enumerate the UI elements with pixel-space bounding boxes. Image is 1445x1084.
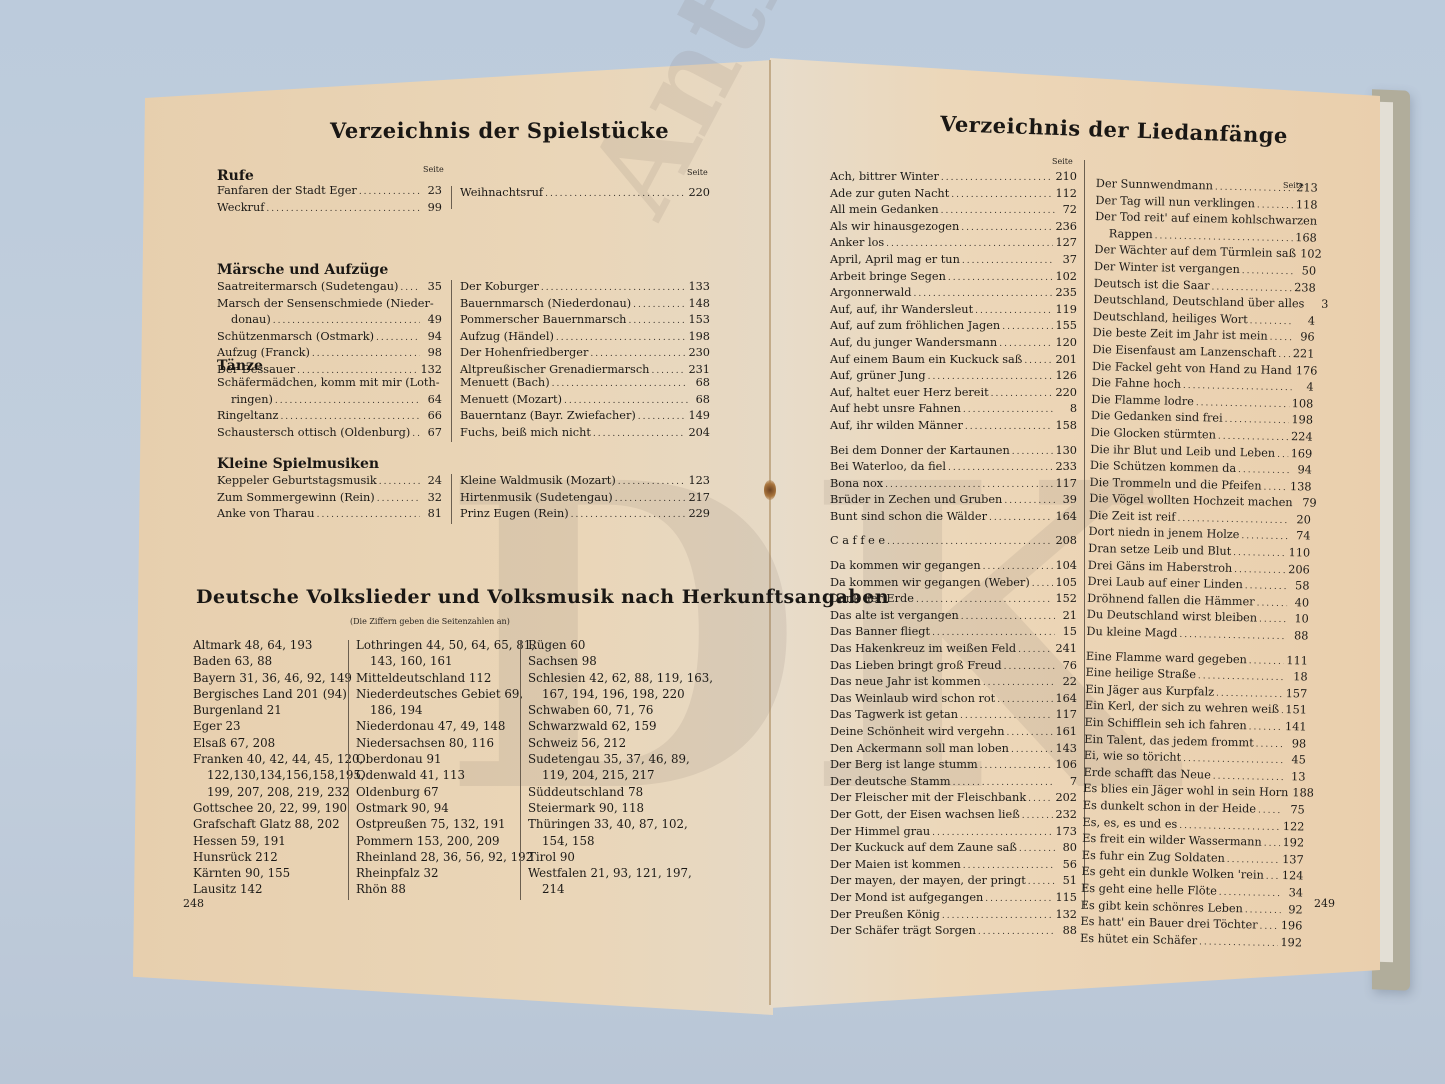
page-number: 98 [1286, 737, 1306, 750]
index-entry: Den Ackermann soll man loben143 [830, 742, 1077, 759]
leader-dots [1004, 496, 1055, 506]
leader-dots [400, 283, 420, 293]
page-number: 221 [1293, 347, 1315, 360]
right-page-number: 249 [1314, 897, 1335, 910]
left-page-number: 248 [183, 897, 204, 910]
page-number: 122 [1283, 820, 1305, 833]
region-entry-continued: 167, 194, 196, 198, 220 [528, 686, 713, 702]
leader-dots [913, 289, 1053, 299]
index-entry: Bona nox117 [830, 477, 1077, 494]
region-entry: Bergisches Land 201 (94) [193, 686, 365, 702]
entry-title: Hirtenmusik (Sudetengau) [460, 491, 613, 504]
page-number: 20 [1291, 513, 1311, 526]
leader-dots [961, 223, 1053, 233]
page-number: 105 [1055, 576, 1077, 589]
page-number: 40 [1289, 596, 1309, 609]
leader-dots [985, 894, 1053, 904]
page-number: 196 [1281, 919, 1303, 932]
index-entry: Fuchs, beiß mich nicht204 [460, 426, 710, 443]
entry-title: Arbeit bringe Segen [830, 270, 946, 283]
page-number: 123 [688, 474, 710, 487]
region-entry: Niederdeutsches Gebiet 69, [356, 686, 535, 702]
entry-title: Auf, auf zum fröhlichen Jagen [830, 319, 1000, 332]
leader-dots [1002, 322, 1053, 332]
entry-title: Schützenmarsch (Ostmark) [217, 330, 374, 343]
index-entry: Der Kuckuck auf dem Zaune saß80 [830, 841, 1077, 858]
region-entry: Altmark 48, 64, 193 [193, 637, 365, 653]
entry-title: Deutsch ist die Saar [1094, 277, 1210, 292]
page-number: 233 [1055, 460, 1077, 473]
entry-title: Bei Waterloo, da fiel [830, 460, 946, 473]
entry-title: Kleine Waldmusik (Mozart) [460, 474, 616, 487]
page-number: 232 [1055, 808, 1077, 821]
index-entry: Auf, haltet euer Herz bereit220 [830, 386, 1077, 403]
entry-title: Als wir hinausgezogen [830, 220, 959, 233]
index-entry-line: Marsch der Sensenschmiede (Nieder- [217, 297, 442, 314]
page-number: 110 [1288, 546, 1310, 559]
entry-title: Drei Gäns im Haberstroh [1088, 559, 1233, 575]
entry-title: Aufzug (Händel) [460, 330, 554, 343]
index-entry: All mein Gedanken72 [830, 203, 1077, 220]
region-entry: Ostmark 90, 94 [356, 800, 535, 816]
page-number: 176 [1296, 364, 1318, 377]
entry-title: Der Sunnwendmann [1096, 177, 1213, 192]
region-entry-continued: 154, 158 [528, 833, 713, 849]
entry-title: Ein Talent, das jedem frommt [1084, 732, 1254, 749]
page-number: 18 [1287, 670, 1307, 683]
leader-dots [1258, 806, 1283, 817]
region-entry-continued: 122,130,134,156,158,195, [193, 767, 365, 783]
gutter-stain [764, 480, 776, 500]
index-entry: Weihnachtsruf220 [460, 186, 710, 203]
leader-dots [1032, 579, 1054, 589]
entry-title: Keppeler Geburtstagsmusik [217, 474, 377, 487]
page-number: 76 [1057, 659, 1077, 672]
index-entry: Menuett (Bach)68 [460, 376, 710, 393]
section-left-column: Fanfaren der Stadt Eger23Weckruf99 [217, 184, 442, 217]
entry-title: Bei dem Donner der Kartaunen [830, 444, 1010, 457]
index-entry: Auf einem Baum ein Kuckuck saß201 [830, 353, 1077, 370]
index-entry: Der Himmel grau173 [830, 825, 1077, 842]
page-number: 208 [1055, 534, 1077, 547]
index-entry: Das Weinlaub wird schon rot164 [830, 692, 1077, 709]
page-number: 99 [422, 201, 442, 214]
section-right-column: Kleine Waldmusik (Mozart)123Hirtenmusik … [460, 474, 710, 524]
region-entry: Bayern 31, 36, 46, 92, 149 [193, 670, 365, 686]
page-number: 241 [1055, 642, 1077, 655]
leader-dots [942, 911, 1054, 921]
page-number: 3 [1308, 298, 1328, 311]
leader-dots [618, 477, 687, 487]
entry-title: Die Schützen kommen da [1090, 459, 1236, 475]
region-entry: Mitteldeutschland 112 [356, 670, 535, 686]
index-entry: Bunt sind schon die Wälder164 [830, 510, 1077, 527]
entry-title: Ein Schifflein seh ich fahren [1084, 716, 1246, 732]
entry-title: Die beste Zeit im Jahr ist mein [1093, 326, 1268, 343]
leader-dots [1257, 200, 1294, 211]
region-entry: Hessen 59, 191 [193, 833, 365, 849]
page-number: 201 [1055, 353, 1077, 366]
page-number: 155 [1055, 319, 1077, 332]
leader-dots [1012, 447, 1054, 457]
page-number: 50 [1296, 264, 1316, 277]
open-book: Antiquariat DK Verzeichnis der Spielstüc… [0, 0, 1445, 1084]
index-entry: Saatreitermarsch (Sudetengau)35 [217, 280, 442, 297]
page-number: 202 [1055, 791, 1077, 804]
leader-dots [545, 189, 686, 199]
page-number: 106 [1055, 758, 1077, 771]
index-entry: Der deutsche Stamm7 [830, 775, 1077, 792]
entry-title: donau) [231, 313, 271, 326]
page-number: 80 [1057, 841, 1077, 854]
entry-title: Du Deutschland wirst bleiben [1087, 608, 1258, 625]
page-number: 173 [1055, 825, 1077, 838]
page-number: 132 [1055, 908, 1077, 921]
region-entry-continued: 186, 194 [356, 702, 535, 718]
entry-title: Der mayen, der mayen, der pringt [830, 874, 1026, 887]
index-entry: Der Berg ist lange stumm106 [830, 758, 1077, 775]
page-number: 45 [1286, 753, 1306, 766]
entry-title: Das neue Jahr ist kommen [830, 675, 981, 688]
index-entry: Der Mond ist aufgegangen115 [830, 891, 1077, 908]
leader-dots [1234, 565, 1286, 576]
index-entry: Das Tagwerk ist getan117 [830, 708, 1077, 725]
leader-dots [941, 206, 1055, 216]
leader-dots [1183, 381, 1292, 393]
entry-title: Auf, du junger Wandersmann [830, 336, 997, 349]
column-divider [451, 376, 452, 442]
leader-dots [376, 333, 420, 343]
leader-dots [997, 695, 1053, 705]
page-number: 169 [1291, 447, 1313, 460]
leader-dots [948, 463, 1053, 473]
entry-title: Fuchs, beiß mich nicht [460, 426, 591, 439]
page-number: 56 [1057, 858, 1077, 871]
entry-title: Deine Schönheit wird vergehn [830, 725, 1004, 738]
leader-dots [975, 306, 1053, 316]
leader-dots [1264, 839, 1281, 849]
entry-title: Der Himmel grau [830, 825, 930, 838]
page-number: 68 [690, 376, 710, 389]
entry-title: Erde schafft das Neue [1083, 766, 1211, 782]
index-entry: Der Gott, der Eisen wachsen ließ232 [830, 808, 1077, 825]
leader-dots [951, 190, 1053, 200]
region-entry: Schwarzwald 62, 159 [528, 718, 713, 734]
entry-title: Eine Flamme ward gegeben [1086, 650, 1247, 666]
index-entry: Brüder in Zechen und Gruben39 [830, 493, 1077, 510]
entry-title: Der Koburger [460, 280, 539, 293]
leader-dots [983, 562, 1054, 572]
leader-dots [615, 494, 687, 504]
entry-title: Menuett (Bach) [460, 376, 550, 389]
page-number: 23 [422, 184, 442, 197]
entry-title: Der Preußen König [830, 908, 940, 921]
page-number: 49 [422, 313, 442, 326]
section-heading: Tänze [217, 358, 263, 374]
entry-title: Schäfermädchen, komm mit mir (Loth- [217, 376, 440, 389]
region-entry: Rheinpfalz 32 [356, 865, 535, 881]
column-divider [451, 280, 452, 380]
index-entry: Das Lieben bringt groß Freud76 [830, 659, 1077, 676]
region-entry: Rügen 60 [528, 637, 713, 653]
page-number: 127 [1055, 236, 1077, 249]
entry-title: Ein Kerl, der sich zu wehren weiß [1085, 699, 1279, 716]
page-number: 198 [1291, 413, 1313, 426]
entry-title: C a f f e e [830, 534, 885, 547]
region-entry: Oldenburg 67 [356, 784, 535, 800]
leader-dots [280, 412, 420, 422]
page-number: 210 [1055, 170, 1077, 183]
page-number: 224 [1291, 430, 1313, 443]
leader-dots [1179, 630, 1286, 642]
entry-title: Bauernmarsch (Niederdonau) [460, 297, 631, 310]
page-number: 158 [1055, 419, 1077, 432]
leader-dots [1263, 482, 1288, 493]
page-number: 220 [1055, 386, 1077, 399]
page-number: 161 [1055, 725, 1077, 738]
page-number: 68 [690, 393, 710, 406]
index-entry: Bei Waterloo, da fiel233 [830, 460, 1077, 477]
entry-title: Auf hebt unsre Fahnen [830, 402, 961, 415]
region-entry-continued: 143, 160, 161 [356, 653, 535, 669]
page-number: 238 [1294, 281, 1316, 294]
leader-dots [932, 628, 1055, 638]
region-entry: Rheinland 28, 36, 56, 92, 192 [356, 849, 535, 865]
entry-title: Bauerntanz (Bayr. Zwiefacher) [460, 409, 636, 422]
leader-dots [1179, 820, 1281, 832]
entry-title: Auf, grüner Jung [830, 369, 926, 382]
region-entry: Schwaben 60, 71, 76 [528, 702, 713, 718]
entry-title: Der Winter ist vergangen [1094, 260, 1240, 276]
index-entry: Auf, ihr wilden Männer158 [830, 419, 1077, 436]
page-number: 74 [1290, 530, 1310, 543]
page-number: 164 [1055, 510, 1077, 523]
page-number: 120 [1055, 336, 1077, 349]
leader-dots [962, 256, 1055, 266]
index-entry: Auf, auf, ihr Wandersleut119 [830, 303, 1077, 320]
entry-title: Es dunkelt schon in der Heide [1083, 799, 1256, 816]
leader-dots [1245, 905, 1281, 916]
page-number: 236 [1055, 220, 1077, 233]
region-entry: Schweiz 56, 212 [528, 735, 713, 751]
index-entry-line: Schäfermädchen, komm mit mir (Loth- [217, 376, 442, 393]
page-number: 149 [688, 409, 710, 422]
page-number: 117 [1055, 708, 1077, 721]
leader-dots [1183, 754, 1284, 766]
entry-title: Der Schäfer trägt Sorgen [830, 924, 976, 937]
index-entry: C a f f e e208 [830, 534, 1077, 551]
leader-dots [1004, 662, 1055, 672]
leader-dots [377, 494, 420, 504]
leader-dots [1225, 415, 1290, 426]
leader-dots [359, 187, 420, 197]
page-number: 138 [1290, 480, 1312, 493]
page-number: 133 [688, 280, 710, 293]
liedanfaenge-column-1: Ach, bittrer Winter210Ade zur guten Nach… [830, 170, 1077, 941]
section-heading: Rufe [217, 168, 254, 184]
page-number: 141 [1285, 720, 1307, 733]
region-entry: Kärnten 90, 155 [193, 865, 365, 881]
leader-dots [556, 333, 687, 343]
region-entry: Elsaß 67, 208 [193, 735, 365, 751]
index-entry: Menuett (Mozart)68 [460, 393, 710, 410]
leader-dots [297, 366, 418, 376]
entry-title: Da kommen wir gegangen (Weber) [830, 576, 1030, 589]
page-number: 148 [688, 297, 710, 310]
index-entry: Argonnerwald235 [830, 286, 1077, 303]
entry-title: Den Ackermann soll man loben [830, 742, 1009, 755]
index-entry: Kleine Waldmusik (Mozart)123 [460, 474, 710, 491]
leader-dots [1028, 877, 1055, 887]
page-number: 115 [1055, 891, 1077, 904]
liedanfaenge-column-2: Der Sunnwendmann213Der Tag will nun verk… [1080, 177, 1318, 953]
index-entry: Der Preußen König132 [830, 908, 1077, 925]
entry-title: Es gibt kein schönres Leben [1081, 898, 1243, 914]
entry-title: Der Gott, der Eisen wachsen ließ [830, 808, 1020, 821]
leader-dots [1242, 266, 1294, 277]
index-entry: Weckruf99 [217, 201, 442, 218]
page-number: 34 [1283, 886, 1303, 899]
page-number: 124 [1282, 869, 1304, 882]
leader-dots [1227, 855, 1281, 866]
leader-dots [633, 300, 686, 310]
leader-dots [1024, 356, 1053, 366]
page-number: 112 [1055, 187, 1077, 200]
entry-title: Ringeltanz [217, 409, 278, 422]
leader-dots [541, 283, 687, 293]
index-entry: Auf, auf zum fröhlichen Jagen155 [830, 319, 1077, 336]
page-number: 4 [1294, 380, 1314, 393]
index-entry: Anker los127 [830, 236, 1077, 253]
leader-dots [1241, 532, 1288, 543]
entry-title: Das alte ist vergangen [830, 609, 959, 622]
entry-title: Das Weinlaub wird schon rot [830, 692, 995, 705]
leader-dots [1215, 182, 1294, 194]
index-entry: Da kommen wir gegangen (Weber)105 [830, 576, 1077, 593]
index-entry: Zum Sommergewinn (Rein)32 [217, 491, 442, 508]
page-number: 79 [1297, 497, 1317, 510]
index-entry: donau)49 [217, 313, 442, 330]
entry-title: Bunt sind schon die Wälder [830, 510, 987, 523]
page-number: 153 [688, 313, 710, 326]
leader-dots [1196, 398, 1290, 410]
index-entry: Ade zur guten Nacht112 [830, 187, 1077, 204]
region-entry-continued: 199, 207, 208, 219, 232 [193, 784, 365, 800]
index-entry: Der Hohenfriedberger230 [460, 346, 710, 363]
index-entry: Fanfaren der Stadt Eger23 [217, 184, 442, 201]
page-number: 151 [1285, 703, 1307, 716]
page-number: 102 [1055, 270, 1077, 283]
index-entry: Das neue Jahr ist kommen22 [830, 675, 1077, 692]
leader-dots [1028, 794, 1053, 804]
entry-title: ringen) [231, 393, 273, 406]
leader-dots [1018, 645, 1053, 655]
leader-dots [651, 366, 686, 376]
column-divider [520, 640, 521, 900]
entry-title: Anke von Tharau [217, 507, 315, 520]
entry-title: Du kleine Magd [1086, 625, 1177, 640]
leader-dots [1259, 922, 1278, 932]
page-number: 94 [1292, 463, 1312, 476]
leader-dots [960, 711, 1053, 721]
leader-dots [1259, 615, 1287, 626]
entry-title: Altpreußischer Grenadiermarsch [460, 363, 649, 376]
index-entry: Ach, bittrer Winter210 [830, 170, 1077, 187]
page-number: 24 [422, 474, 442, 487]
leader-dots [1250, 316, 1294, 327]
region-entry: Baden 63, 88 [193, 653, 365, 669]
leader-dots [552, 379, 688, 389]
leader-dots [999, 339, 1053, 349]
region-entry: Süddeutschland 78 [528, 784, 713, 800]
entry-title: Der deutsche Stamm [830, 775, 951, 788]
page-number: 230 [688, 346, 710, 359]
entry-title: Auf, haltet euer Herz bereit [830, 386, 989, 399]
leader-dots [965, 422, 1054, 432]
index-entry: Der Maien ist kommen56 [830, 858, 1077, 875]
entry-title: Das Tagwerk ist getan [830, 708, 958, 721]
page-number: 143 [1055, 742, 1077, 755]
leader-dots [1019, 844, 1055, 854]
index-entry: Du kleine Magd88 [1086, 625, 1308, 646]
entry-title: Rappen [1109, 227, 1153, 241]
entry-title: Der Tag will nun verklingen [1095, 194, 1255, 210]
page-number: 94 [422, 330, 442, 343]
entry-title: Der Hohenfriedberger [460, 346, 588, 359]
entry-title: Es geht eine helle Flöte [1081, 882, 1217, 898]
index-entry: Ringeltanz66 [217, 409, 442, 426]
entry-title: Die Eisenfaust am Lanzenschaft [1092, 343, 1276, 360]
leader-dots [948, 273, 1054, 283]
page-number: 130 [1055, 444, 1077, 457]
page-number: 126 [1055, 369, 1077, 382]
entry-title: Es, es, es und es [1082, 815, 1177, 830]
section-right-column: Weihnachtsruf220 [460, 186, 710, 203]
leader-dots [928, 372, 1054, 382]
index-entry: Schützenmarsch (Ostmark)94 [217, 330, 442, 347]
entry-title: Marsch der Sensenschmiede (Nieder- [217, 297, 434, 310]
page-number: 32 [422, 491, 442, 504]
page-number: 35 [422, 280, 442, 293]
page-number: 21 [1057, 609, 1077, 622]
region-entry: Steiermark 90, 118 [528, 800, 713, 816]
entry-title: Dröhnend fallen die Hämmer [1087, 592, 1255, 609]
page-number: 13 [1285, 770, 1305, 783]
page-number: 164 [1055, 692, 1077, 705]
region-entry: Niederdonau 47, 49, 148 [356, 718, 535, 734]
region-entry: Niedersachsen 80, 116 [356, 735, 535, 751]
region-entry: Franken 40, 42, 44, 45, 120, [193, 751, 365, 767]
leader-dots [593, 429, 687, 439]
index-entry: Der Koburger133 [460, 280, 710, 297]
region-entry-continued: 119, 204, 215, 217 [528, 767, 713, 783]
index-entry: Auf, du junger Wandersmann120 [830, 336, 1077, 353]
page-number: 132 [420, 363, 442, 376]
page-number: 15 [1057, 625, 1077, 638]
index-entry: Anke von Tharau81 [217, 507, 442, 524]
leader-dots [1011, 745, 1053, 755]
leader-dots [1022, 811, 1054, 821]
page-number: 117 [1055, 477, 1077, 490]
page-number: 88 [1057, 924, 1077, 937]
index-entry: Keppeler Geburtstagsmusik24 [217, 474, 442, 491]
leader-dots [1278, 350, 1291, 360]
entry-title: Dank der Erde [830, 592, 914, 605]
page-number: 192 [1280, 936, 1302, 949]
entry-title: All mein Gedanken [830, 203, 939, 216]
region-entry: Lausitz 142 [193, 881, 365, 897]
leader-dots [963, 861, 1055, 871]
